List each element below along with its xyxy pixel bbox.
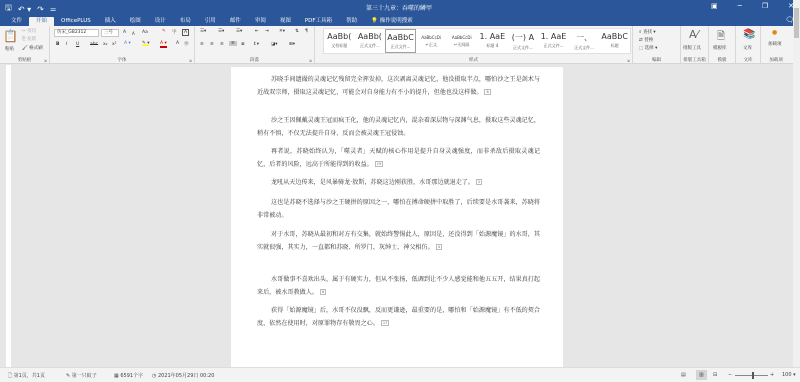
tell-me-search[interactable]: 💡 操作说明搜索 [364, 17, 420, 26]
redo-icon[interactable]: ↷ [37, 5, 44, 14]
document-area: 苏晓手间遗撮的灵魂记忆残留完全挥发掉，这次剥离灵魂记忆，他没摄取半点，哪怕沙之王… [0, 65, 793, 367]
status-bar: 🗋 第1页，共1页 ✎ 第一只蚊子 ▦ 6591个字 ◷ 2021年05月29日… [0, 367, 800, 382]
quick-access-toolbar: 🖫 ↶ ▾ ↷ = [5, 2, 57, 16]
title-bar: 🖫 ↶ ▾ ↷ = 第三十九章：吞噬的鳞甲 ▣ ─ ❐ ✕ [0, 0, 800, 15]
phonetic-guide-icon[interactable]: 字 [172, 29, 177, 35]
style-item[interactable]: AaBb(正式文件... [355, 29, 386, 53]
undo-icon[interactable]: ↶ ▾ [18, 5, 31, 14]
align-left-icon[interactable]: ≡ [200, 42, 204, 47]
justify-icon[interactable]: ≡ [229, 41, 237, 46]
shrink-font-button[interactable]: A [132, 31, 135, 36]
tab-layout[interactable]: 布局 [173, 17, 198, 26]
vertical-scrollbar[interactable] [793, 0, 800, 367]
footnote-marker: 8 [484, 89, 490, 95]
tab-draw[interactable]: 绘图 [123, 17, 148, 26]
select-button[interactable]: ⬚ 选择 ▾ [639, 45, 657, 51]
bullets-icon[interactable]: ☰▾ [200, 29, 206, 34]
style-item[interactable]: AaBbCcDi↵正文 [416, 29, 447, 53]
page-count-status[interactable]: 🗋 第1页，共1页 [8, 372, 45, 381]
addins-button[interactable]: 加载项 [768, 41, 782, 47]
author-status[interactable]: ✎ 第一只蚊子 [66, 372, 97, 379]
addins-group: ● 加载项 加载项 [761, 26, 791, 64]
font-size-combo[interactable]: 三号 [101, 29, 119, 37]
print-layout-icon[interactable]: ▥ [696, 370, 707, 380]
format-painter-button[interactable]: 🖌 格式刷 [22, 45, 43, 51]
restore-icon[interactable]: ❐ [762, 2, 768, 10]
read-mode-icon[interactable]: ▤ [681, 372, 686, 378]
enclose-characters-icon[interactable]: ㊥ [184, 41, 189, 47]
styles-group-label: 样式 [315, 57, 632, 63]
paragraph-launcher-icon[interactable]: ⇲ [309, 58, 312, 63]
decrease-indent-icon[interactable]: ⇤ [255, 29, 259, 34]
minimize-icon[interactable]: ─ [738, 2, 742, 10]
typeset-group-label: 排版工具箱 [681, 57, 708, 63]
clipboard-group: 📋 粘贴 ✂ 剪切 ⎘ 复制 🖌 格式刷 剪贴板 ⇲ [0, 26, 50, 64]
footnote-marker: 17 [381, 320, 389, 326]
align-right-icon[interactable]: ≡ [220, 42, 224, 47]
web-layout-icon[interactable]: ⊟ [713, 372, 717, 378]
font-group-label: 字体 [50, 57, 194, 63]
ribbon: 📋 粘贴 ✂ 剪切 ⎘ 复制 🖌 格式刷 剪贴板 ⇲ 仿宋_GB2312 三号 … [0, 26, 793, 64]
library-group: 📚 文库 文库 [736, 26, 761, 64]
sort-icon[interactable]: ⇅ [295, 29, 299, 34]
tab-mailings[interactable]: 邮件 [223, 17, 248, 26]
addins-group-label: 加载项 [761, 57, 791, 63]
timestamp-status: ◷ 2021年05月29日 00:20 [152, 372, 214, 379]
paragraph-group-label: 段落 [195, 57, 314, 63]
paragraph: 水哥做事不喜欢出头，属于有硬实力，但从不张扬，低调到让不少人感觉能和他五五开，结… [257, 274, 540, 299]
superscript-button[interactable]: x² [112, 42, 116, 47]
editing-group-label: 编辑 [633, 57, 680, 63]
paste-icon[interactable]: 📋 [3, 29, 18, 43]
style-item-selected[interactable]: AaBbC正式文件... [385, 29, 416, 53]
style-item[interactable]: AaBbCcDi↵无间隔 [446, 29, 477, 53]
zoom-slider-thumb[interactable] [752, 372, 754, 379]
editing-group: ⌕ 查找 ▾ ⇄ 替换 ⬚ 选择 ▾ 编辑 [633, 26, 681, 64]
tab-view[interactable]: 视图 [273, 17, 298, 26]
style-item[interactable]: AaBb(文档标题 [324, 29, 355, 53]
text-effects-icon[interactable]: A ▾ [124, 41, 131, 46]
find-button[interactable]: ⌕ 查找 ▾ [639, 29, 656, 35]
increase-indent-icon[interactable]: ⇥ [265, 29, 269, 34]
template-group-label: 模板 [709, 57, 735, 63]
word-count-status[interactable]: ▦ 6591个字 [114, 372, 143, 379]
chinese-layout-icon[interactable]: ✕▾ [279, 29, 285, 34]
tab-insert[interactable]: 插入 [98, 17, 123, 26]
tab-help[interactable]: 帮助 [339, 17, 364, 26]
footnote-marker: 19 [375, 161, 383, 167]
strikethrough-button[interactable]: abc [90, 42, 98, 47]
paragraph: 沙之王因佩戴灵魂王冠而疯王化，他的灵魂记忆内，混杂着深层物与深渊气息，摄取这些灵… [257, 115, 540, 140]
lightbulb-icon: 💡 [371, 18, 378, 24]
tab-officeplus[interactable]: OfficePLUS [54, 17, 98, 26]
style-item[interactable]: (一) A正式文件... [508, 29, 539, 53]
paragraph: 再者说，苏晓始终认为，「噬灵者」天赋的核心作用是提升自身灵魂强度，而非杀敌后摄取… [257, 146, 540, 171]
numbering-icon[interactable]: ☰▾ [218, 29, 224, 34]
paste-button[interactable]: 粘贴 [5, 46, 14, 52]
align-center-icon[interactable]: ≡ [210, 42, 214, 47]
subscript-button[interactable]: x₂ [103, 42, 107, 47]
style-item[interactable]: 一、正式文件... [569, 29, 600, 53]
tab-review[interactable]: 审阅 [248, 17, 273, 26]
font-launcher-icon[interactable]: ⇲ [189, 58, 192, 63]
styles-launcher-icon[interactable]: ⇲ [627, 58, 630, 63]
shading-icon[interactable]: ◪▾ [271, 42, 278, 47]
replace-button[interactable]: ⇄ 替换 [639, 37, 653, 43]
italic-button[interactable]: I [66, 42, 67, 47]
style-item[interactable]: 1. AaE标题 4 [477, 29, 508, 53]
copy-button[interactable]: ⎘ 复制 [22, 36, 36, 42]
tab-file[interactable]: 文件 [4, 17, 29, 26]
bold-button[interactable]: B [56, 42, 59, 47]
underline-button[interactable]: U [76, 42, 79, 47]
clipboard-group-label: 剪贴板 [0, 57, 49, 63]
typeset-tool-button[interactable]: 排版工具 [683, 45, 701, 51]
clipboard-launcher-icon[interactable]: ⇲ [44, 58, 47, 63]
library-button[interactable]: 文库 [743, 45, 752, 51]
distributed-icon[interactable]: ≣ [241, 42, 245, 47]
zoom-level[interactable]: 100 ▾ [782, 372, 796, 378]
addins-icon[interactable]: ● [772, 29, 777, 36]
window-controls: ▣ ─ ❐ ✕ [711, 2, 794, 10]
tab-design[interactable]: 设计 [148, 17, 173, 26]
library-icon[interactable]: 📚 [743, 29, 755, 40]
typeset-tool-icon[interactable]: A⁄ [689, 28, 698, 41]
tab-references[interactable]: 引用 [198, 17, 223, 26]
vertical-ruler [6, 65, 11, 367]
change-case-button[interactable]: Aa [142, 30, 148, 35]
clear-formatting-icon[interactable]: ✎ [162, 29, 166, 34]
style-item[interactable]: AaBbC标题 [599, 29, 630, 53]
styles-gallery: AaBb(文档标题 AaBb(正式文件... AaBbC正式文件... AaBb… [323, 28, 631, 54]
style-item[interactable]: 1. AaE正式文件... [538, 29, 569, 53]
footnote-marker: 2 [476, 179, 482, 185]
window-title: 第三十九章：吞噬的鳞甲 [366, 3, 432, 12]
tab-pdf-toolbox[interactable]: PDF工具箱 [298, 17, 339, 26]
zoom-out-button[interactable]: − [728, 372, 732, 378]
paragraph-group: ☰▾ ☰▾ ☰▾ ⇤ ⇥ ✕▾ ⇅ ¶ ≡ ≡ ≡ ≡ ≣ ↕▾ ◪▾ ⊞▾ 段… [195, 26, 315, 64]
font-group: 仿宋_GB2312 三号 A A Aa ✎ 字 A B I U abc x₂ x… [50, 26, 195, 64]
library-group-label: 文库 [736, 57, 760, 63]
ribbon-tabs: 文件 开始 OfficePLUS 插入 绘图 设计 布局 引用 邮件 审阅 视图… [4, 17, 420, 26]
grow-font-button[interactable]: A [123, 30, 126, 35]
multilevel-list-icon[interactable]: ☰▾ [236, 29, 242, 34]
footnote-marker: 8 [320, 289, 326, 295]
paragraph: 这也是苏晓不选择与沙之王硬拼的原因之一，哪怕在搏命硬拼中取胜了，后续要是水哥袭来… [257, 197, 540, 222]
typeset-group: A⁄ 排版工具 排版工具箱 [681, 26, 709, 64]
line-spacing-icon[interactable]: ↕▾ [253, 42, 259, 47]
highlight-color-icon[interactable]: ✎ ▾ [142, 41, 149, 46]
paragraph: 获得「始源魔镜」后，水哥不仅没飘，反而更谦逊，最重要的是，哪怕和「始源魔镜」有不… [257, 305, 540, 330]
template-library-icon[interactable]: 🗎 [717, 29, 725, 46]
customize-qat-icon[interactable]: = [50, 5, 57, 14]
ribbon-display-options-icon[interactable]: ▣ [711, 2, 718, 10]
font-color-icon[interactable]: A ▾ [160, 41, 167, 48]
character-border-icon[interactable]: A [182, 29, 189, 36]
paragraph: 对于水哥，苏晓从最初和对方有交集，就始终警惕此人，原因是，还没得到「始源魔镜」的… [257, 229, 540, 254]
ribbon-tabs-bar: 文件 开始 OfficePLUS 插入 绘图 设计 布局 引用 邮件 审阅 视图… [0, 15, 800, 26]
character-shading-icon[interactable]: A [176, 41, 179, 46]
font-name-combo[interactable]: 仿宋_GB2312 [54, 29, 99, 37]
cut-button[interactable]: ✂ 剪切 [22, 28, 36, 34]
zoom-in-button[interactable]: + [770, 372, 774, 378]
borders-icon[interactable]: ⊞▾ [289, 42, 295, 47]
save-icon[interactable]: 🖫 [5, 2, 12, 16]
paragraph: 苏晓手间遗撮的灵魂记忆残留完全挥发掉，这次剥离灵魂记忆，他没摄取半点，哪怕沙之王… [257, 74, 540, 99]
paragraph: 龙吼从天边传来，是风暴骑龙·敖斯，苏晓这边刚获胜，水哥那边就退走了。2 [257, 177, 540, 190]
template-library-button[interactable]: 模板库 [713, 45, 727, 51]
footnote-marker: 4 [436, 244, 442, 250]
document-page[interactable]: 苏晓手间遗撮的灵魂记忆残留完全挥发掉，这次剥离灵魂记忆，他没摄取半点，哪怕沙之王… [231, 67, 563, 367]
tab-home[interactable]: 开始 [29, 17, 54, 26]
show-marks-icon[interactable]: ¶ [305, 29, 308, 34]
template-group: 🗎 模板库 模板 [709, 26, 736, 64]
scrollbar-thumb[interactable] [794, 8, 799, 38]
